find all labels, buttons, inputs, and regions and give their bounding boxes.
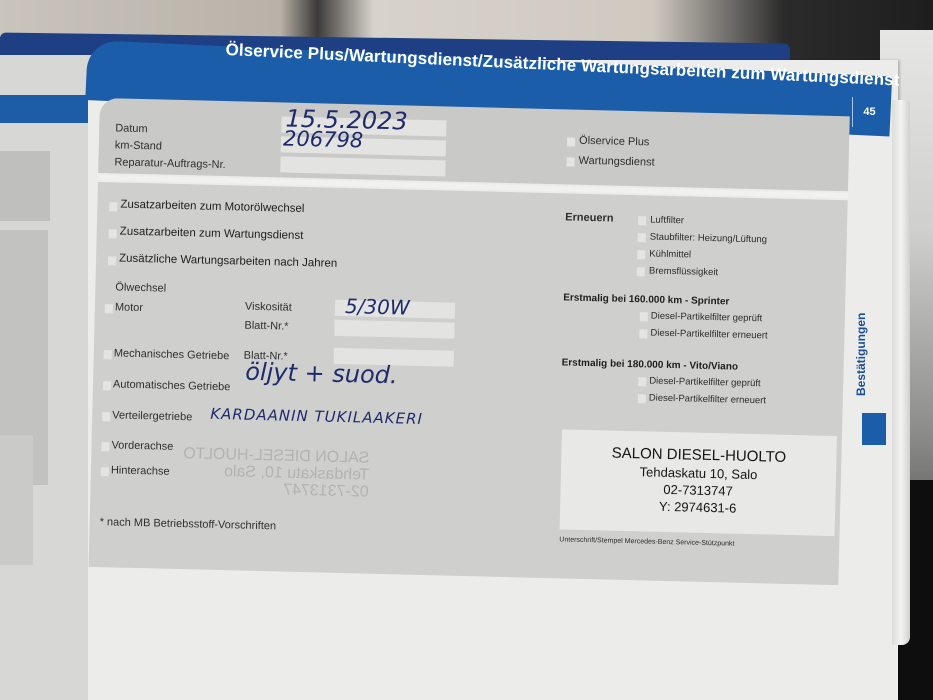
date-label: Datum bbox=[115, 122, 148, 135]
page-edge bbox=[892, 100, 910, 645]
motor-sheet-label: Blatt-Nr.* bbox=[244, 320, 288, 333]
renew-heading: Erneuern bbox=[565, 211, 614, 224]
motor-label: Motor bbox=[115, 301, 143, 314]
brake-fluid-checkbox[interactable] bbox=[637, 267, 645, 276]
transfer-case-checkbox[interactable] bbox=[102, 412, 110, 421]
rear-axle-checkbox[interactable] bbox=[101, 467, 109, 476]
left-page-panel bbox=[0, 151, 50, 221]
mileage-value: 206798 bbox=[283, 126, 364, 152]
section-tab-marker bbox=[862, 413, 886, 445]
left-page-header-band bbox=[0, 95, 98, 123]
dust-filter-checkbox[interactable] bbox=[638, 233, 646, 242]
oil-change-heading: Ölwechsel bbox=[115, 281, 166, 294]
motor-oil-extra-checkbox[interactable] bbox=[109, 202, 117, 211]
mileage-label: km-Stand bbox=[115, 139, 162, 152]
brake-fluid-label: Bremsflüssigkeit bbox=[649, 265, 718, 278]
air-filter-checkbox[interactable] bbox=[638, 216, 646, 225]
front-axle-label: Vorderachse bbox=[111, 439, 173, 453]
maintenance-service-checkbox[interactable] bbox=[566, 157, 574, 166]
motor-sheet-field[interactable] bbox=[334, 320, 454, 339]
left-page-panel bbox=[0, 435, 33, 565]
service-form: Datum km-Stand Reparatur-Auftrags-Nr. 15… bbox=[88, 98, 860, 596]
maintenance-extra-checkbox[interactable] bbox=[109, 229, 117, 238]
stamp-bleedthrough: SALON DIESEL-HUOLTO Tehdaskatu 10, Salo … bbox=[182, 445, 369, 501]
viscosity-label: Viskosität bbox=[245, 301, 292, 314]
rear-axle-label: Hinterachse bbox=[111, 464, 170, 477]
coolant-checkbox[interactable] bbox=[637, 250, 645, 259]
transfer-case-label: Verteilergetriebe bbox=[112, 409, 192, 423]
yearly-maintenance-checkbox[interactable] bbox=[108, 256, 116, 265]
oil-service-plus-checkbox[interactable] bbox=[567, 137, 575, 146]
dealer-stamp: SALON DIESEL-HUOLTO Tehdaskatu 10, Salo … bbox=[560, 429, 837, 536]
sprinter-dpf-checked-checkbox[interactable] bbox=[640, 312, 648, 321]
oil-service-plus-label: Ölservice Plus bbox=[579, 135, 650, 149]
air-filter-label: Luftfilter bbox=[650, 214, 684, 226]
automatic-gearbox-note: öljyt + suod. bbox=[245, 358, 398, 390]
automatic-gearbox-checkbox[interactable] bbox=[103, 381, 111, 390]
left-page bbox=[0, 55, 98, 700]
manual-gearbox-checkbox[interactable] bbox=[104, 350, 112, 359]
viscosity-value: 5/30W bbox=[345, 294, 410, 320]
coolant-label: Kühlmittel bbox=[649, 248, 691, 260]
maintenance-service-label: Wartungsdienst bbox=[578, 155, 654, 169]
motor-checkbox[interactable] bbox=[105, 304, 113, 313]
vito-dpf-renewed-checkbox[interactable] bbox=[638, 394, 646, 403]
front-axle-checkbox[interactable] bbox=[101, 442, 109, 451]
sprinter-dpf-renewed-checkbox[interactable] bbox=[639, 329, 647, 338]
vito-dpf-checked-checkbox[interactable] bbox=[638, 377, 646, 386]
